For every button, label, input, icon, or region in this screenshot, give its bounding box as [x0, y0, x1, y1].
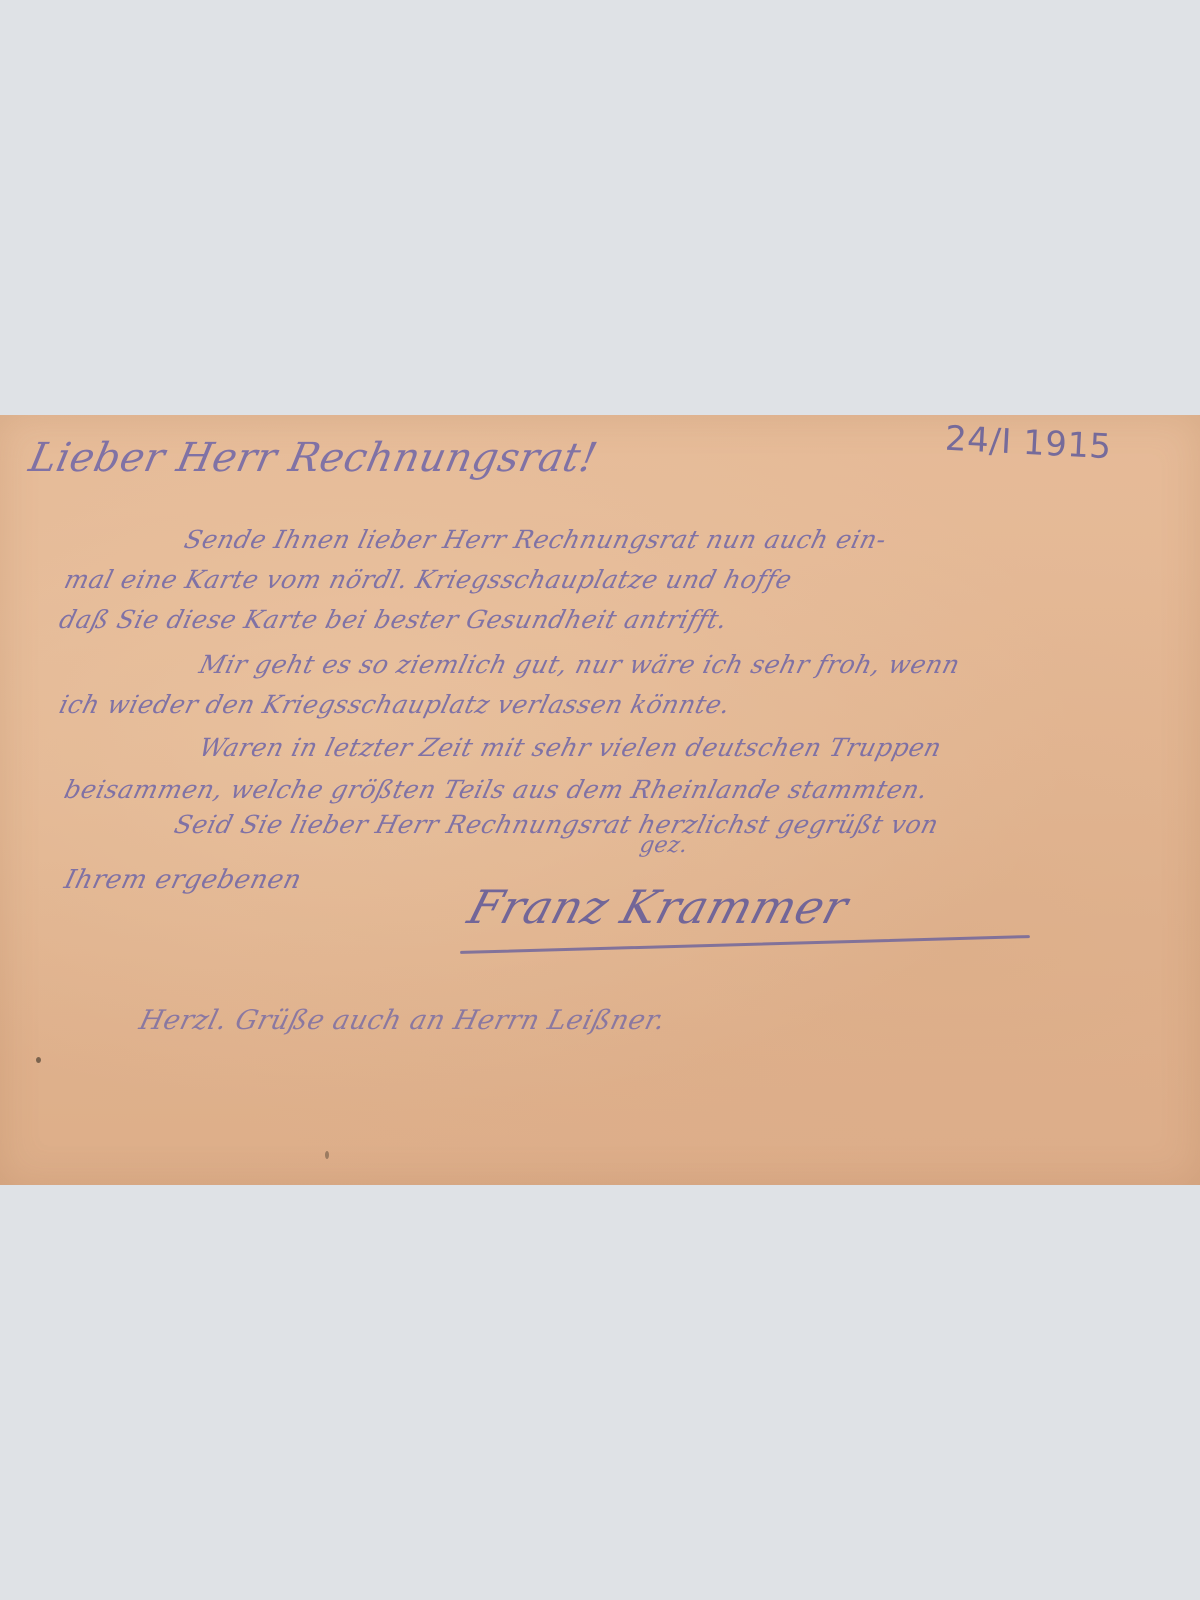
- body-line: Seid Sie lieber Herr Rechnungsrat herzli…: [171, 810, 941, 839]
- body-line: Sende Ihnen lieber Herr Rechnungsrat nun…: [181, 525, 889, 554]
- body-line: Waren in letzter Zeit mit sehr vielen de…: [196, 733, 944, 762]
- body-line: ich wieder den Kriegsschauplatz verlasse…: [56, 690, 733, 719]
- signature-underline: [460, 935, 1030, 954]
- date: 24/I 1915: [944, 419, 1112, 468]
- paper-spot: [36, 1057, 41, 1063]
- postcard: 24/I 1915 Lieber Herr Rechnungsrat! Send…: [0, 415, 1200, 1185]
- body-line: daß Sie diese Karte bei bester Gesundhei…: [56, 605, 730, 634]
- body-line: beisammen, welche größten Teils aus dem …: [61, 775, 931, 804]
- body-line: mal eine Karte vom nördl. Kriegsschaupla…: [61, 565, 795, 594]
- signature-prefix: gez.: [638, 833, 690, 858]
- body-line: Mir geht es so ziemlich gut, nur wäre ic…: [196, 650, 963, 679]
- signature: Franz Krammer: [462, 880, 854, 934]
- paper-spot: [325, 1151, 329, 1159]
- salutation: Lieber Herr Rechnungsrat!: [25, 435, 601, 481]
- postscript: Herzl. Grüße auch an Herrn Leißner.: [136, 1005, 669, 1036]
- closing: Ihrem ergebenen: [61, 865, 304, 895]
